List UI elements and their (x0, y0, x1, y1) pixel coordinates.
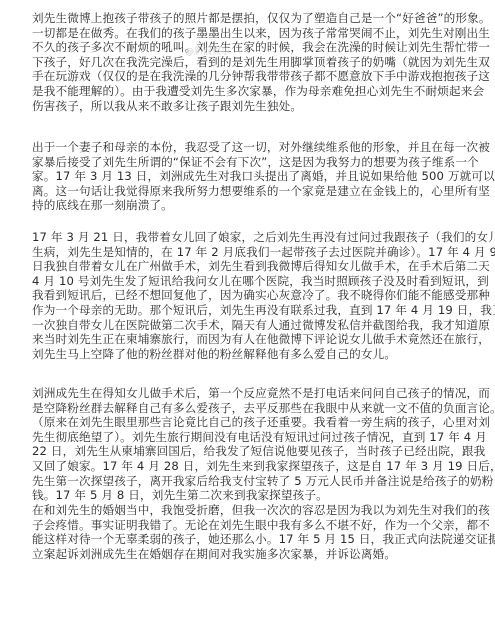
paragraph-4: 刘洲成先生在得知女儿做手术后，第一个反应竟然不是打电话来问问自己孩子的情况，而 … (32, 386, 477, 503)
text-line: 我看到短讯后，已经不想回复他了，因为确实心灰意冷了。我不晓得你们能不能感受那种 (32, 288, 477, 303)
text-line: 一次独自带女儿在医院做第二次手术，隔天有人通过微博发私信并截图给我，我才知道原 (32, 318, 477, 333)
text-line: 不久的孩子多次不耐烦的吼叫。刘先生在家的时候，我会在洗澡的时候让刘先生帮忙带一 (32, 40, 477, 55)
text-line: 家。17 年 3 月 13 日，刘洲成先生对我口头提出了离婚，并且说如果给他 5… (32, 169, 477, 184)
document-page: 刘先生微博上抱孩子带孩子的照片都是摆拍，仅仅为了塑造自己是一个“好爸爸”的形象。… (0, 0, 495, 618)
text-line: 家暴后接受了刘先生所谓的“保证不会有下次”，这是因为我努力的想要为孩子维系一个 (32, 155, 477, 170)
text-line: 先生第一次探望孩子，离开我家后给我支付宝转了 5 万元人民币并备注说是给孩子的奶… (32, 474, 477, 489)
text-line: 在和刘先生的婚姻当中，我饱受折磨，但我一次次的容忍是因为我以为刘先生对我们的孩 (32, 503, 477, 518)
text-line: 伤害孩子，所以我从来不敢多让孩子跟刘先生独处。 (32, 99, 477, 114)
text-line: 17 年 3 月 21 日，我带着女儿回了娘家，之后刘先生再没有过问过我跟孩子（… (32, 230, 477, 245)
text-line: 能这样对待一个无辜柔弱的孩子，她还那么小。17 年 5 月 15 日，我正式向法… (32, 532, 477, 547)
text-line: 持的底线在那一刻崩溃了。 (32, 198, 477, 213)
paragraph-5: 在和刘先生的婚姻当中，我饱受折磨，但我一次次的容忍是因为我以为刘先生对我们的孩 … (32, 503, 477, 561)
text-line: 下孩子，好几次在我洗完澡后，看到的是刘先生用脚掌顶着孩子的奶嘴（就因为刘先生双 (32, 55, 477, 70)
text-line: 钱。17 年 5 月 8 日，刘先生第二次来到我家探望孩子。 (32, 488, 477, 503)
text-line: 刘先生马上空降了他的粉丝群对他的粉丝解释他有多么爱自己的女儿。 (32, 347, 477, 362)
text-line: 又回了娘家。17 年 4 月 28 日，刘先生来到我家探望孩子，这是自 17 年… (32, 459, 477, 474)
text-line: 生病，刘先生是知情的，在 17 年 2 月底我们一起带孩子去过医院并确诊）。17… (32, 245, 477, 260)
text-line: （原来在刘先生眼里那些言论竟比自己的孩子还重要。我看着一旁生病的孩子，心里对刘 (32, 415, 477, 430)
text-line: 来当时刘先生正在柬埔寨旅行，而因为有人在他微博下评论说女儿做手术竟然还在旅行， (32, 332, 477, 347)
text-line: 刘洲成先生在得知女儿做手术后，第一个反应竟然不是打电话来问问自己孩子的情况，而 (32, 386, 477, 401)
paragraph-2: 出于一个妻子和母亲的本份，我忍受了这一切，对外继续维系他的形象，并且在每一次被 … (32, 140, 477, 213)
paragraph-1: 刘先生微博上抱孩子带孩子的照片都是摆拍，仅仅为了塑造自己是一个“好爸爸”的形象。… (32, 11, 477, 113)
text-line: 子会疼惜。事实证明我错了。无论在刘先生眼中我有多么不堪不好，作为一个父亲，都不 (32, 518, 477, 533)
text-line: 是空降粉丝群去解释自己有多么爱孩子，去平反那些在我眼中从来就一文不值的负面言论。 (32, 401, 477, 416)
text-line: 22 日，刘先生从柬埔寨回国后，给我发了短信说他要见孩子，当时孩子已经出院，跟我 (32, 444, 477, 459)
text-line: 一切都是在做秀。在我们的孩子墨墨出生以来，因为孩子常常哭闹不止，刘先生对刚出生 (32, 26, 477, 41)
text-line: 手在玩游戏（仅仅的是在我洗澡的几分钟帮我带带孩子都不愿意放下手中游戏抱抱孩子这 (32, 69, 477, 84)
text-line: 出于一个妻子和母亲的本份，我忍受了这一切，对外继续维系他的形象，并且在每一次被 (32, 140, 477, 155)
paragraph-3: 17 年 3 月 21 日，我带着女儿回了娘家，之后刘先生再没有过问过我跟孩子（… (32, 230, 477, 361)
text-line: 日我独自带着女儿在广州做手术，刘先生看到我微博后得知女儿做手术，在手术后第二天 (32, 259, 477, 274)
text-line: 离。这一句话让我觉得原来我所努力想要维系的一个家竟是建立在金钱上的，心里所有坚 (32, 184, 477, 199)
watermark: @新浪娱乐 (185, 44, 230, 57)
text-line: 是我不能理解的）。由于我遭受刘先生多次家暴，作为母亲难免担心刘先生不耐烦起来会 (32, 84, 477, 99)
text-line: 作为一个母亲的无助。那个短讯后，刘先生再没有联系过我，直到 17 年 4 月 1… (32, 303, 477, 318)
text-line: 立案起诉刘洲成先生在婚姻存在期间对我实施多次家暴，并诉讼离婚。 (32, 547, 477, 562)
text-line: 4 月 10 号刘先生发了短讯给我问女儿在哪个医院，我当时照顾孩子没及时看到短讯… (32, 274, 477, 289)
text-line: 先生彻底绝望了）。刘先生旅行期间没有电话没有短讯过问过孩子情况，直到 17 年 … (32, 430, 477, 445)
text-line: 刘先生微博上抱孩子带孩子的照片都是摆拍，仅仅为了塑造自己是一个“好爸爸”的形象。 (32, 11, 477, 26)
